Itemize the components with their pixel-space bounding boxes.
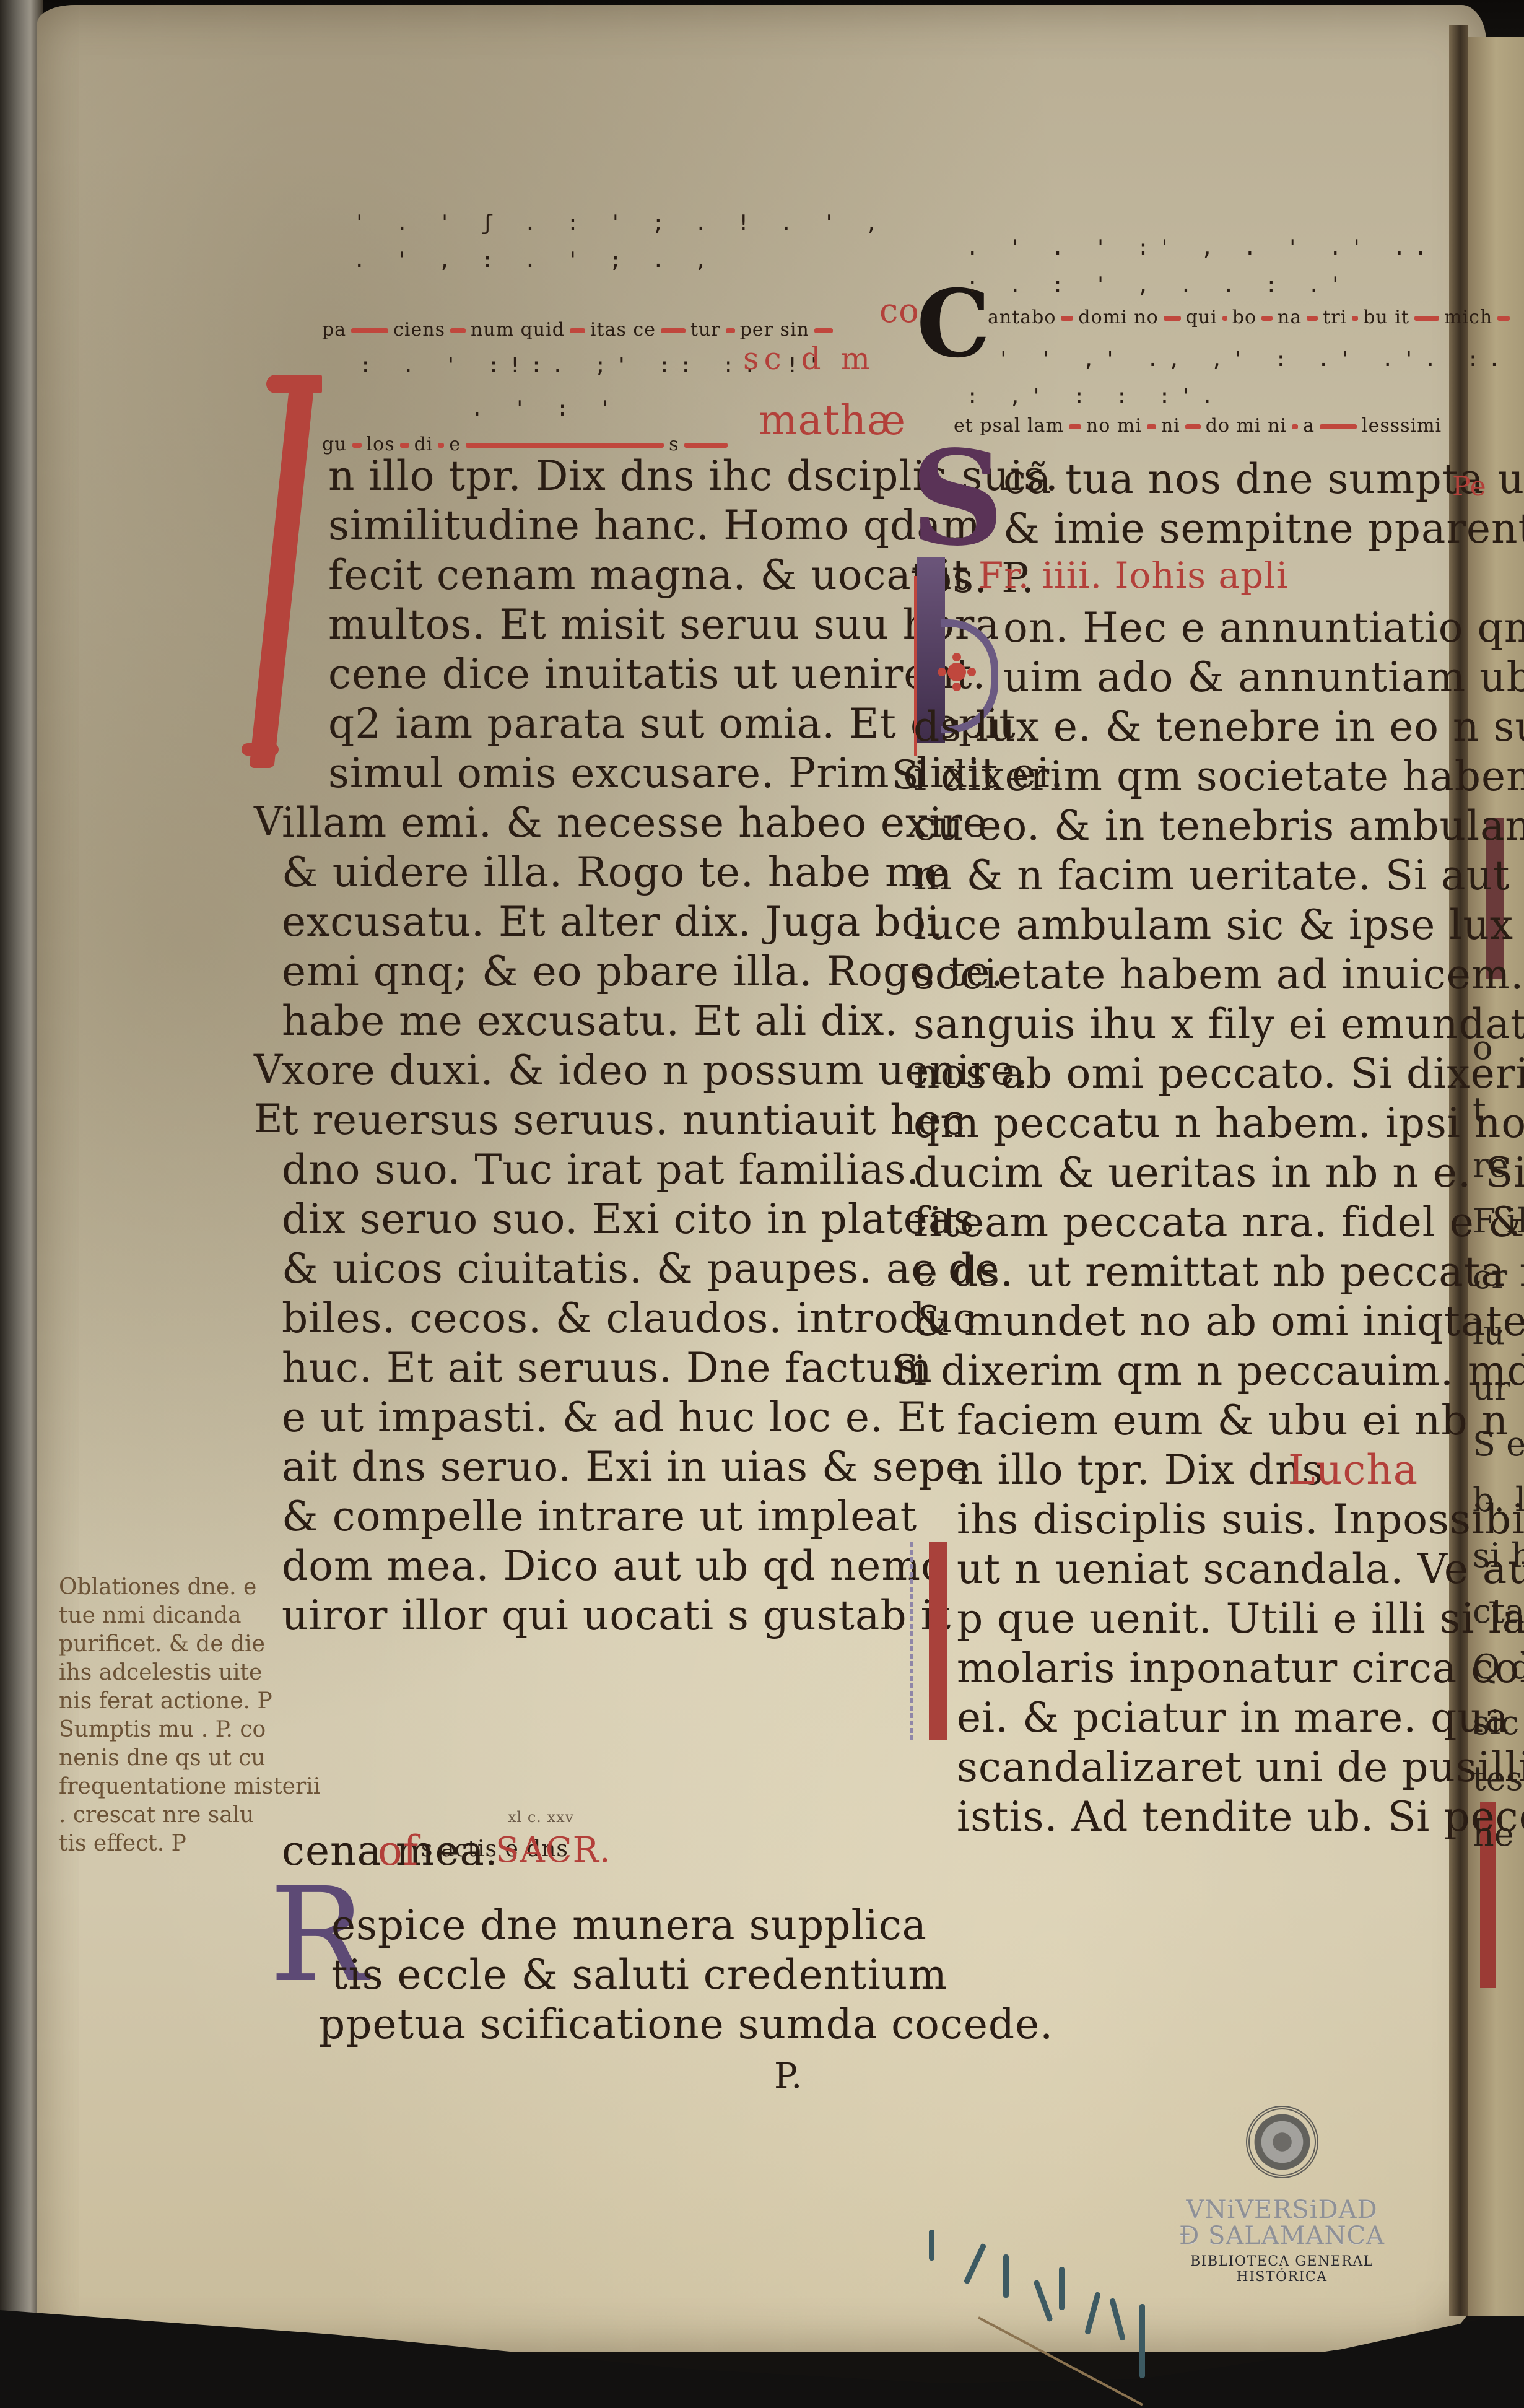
- neume-row: . ' , : . ' ; . ,: [353, 248, 716, 273]
- text-line: cu eo. & in tenebris ambulam. mti: [913, 802, 1524, 850]
- margin-line: ihs adcelestis uite: [59, 1659, 319, 1687]
- text-line: ihs disciplis suis. Inpossibile est: [957, 1496, 1524, 1543]
- text-line: i dixerim qm societate habemus: [913, 752, 1524, 800]
- text-line: sanguis ihu x fily ei emundat: [913, 1000, 1524, 1048]
- stitch: [1059, 2267, 1065, 2310]
- text-line: ut n ueniat scandala. Ve aut illi: [957, 1545, 1524, 1593]
- offertory-rubric: of: [378, 1827, 419, 1875]
- communion-rubric: co: [879, 291, 920, 330]
- stitch: [1139, 2304, 1145, 2378]
- text-line: dom mea. Dico aut ub qd nemo: [282, 1542, 946, 1590]
- stitch: [929, 2230, 934, 2261]
- text-line: illam emi. & necesse habeo exire: [282, 799, 988, 847]
- text-line: huc. Et ait seruus. Dne factum: [282, 1344, 933, 1392]
- neume-row: . ' : ': [471, 396, 620, 421]
- rubric-mathae: mathæ: [759, 396, 906, 444]
- margin-line: purificet. & de die: [59, 1630, 319, 1659]
- text-line: fecit cenam magna. & uocauit: [328, 551, 969, 599]
- text-line: dix seruo suo. Exi cito in plateas: [282, 1195, 975, 1243]
- text-line: ds lux e. & tenebre in eo n sunt ulle.: [913, 703, 1524, 751]
- versal-letter: V: [254, 1047, 282, 1093]
- text-line: & mundet no ab omi iniqtate.: [913, 1298, 1524, 1345]
- text-line: uim ado & annuntiam ub. qm: [1003, 653, 1524, 701]
- margin-line: tis effect. P: [59, 1830, 319, 1858]
- text-line: tis eccle & saluti credentium: [331, 1951, 947, 1999]
- initial-s-violet: S: [910, 434, 1004, 564]
- margin-line: . crescat nre salu: [59, 1801, 319, 1830]
- text-line: t reuersus seruus. nuntiauit hec: [282, 1096, 965, 1144]
- margin-line: Sumptis mu . P. co: [59, 1716, 319, 1744]
- initial-i-penwork: [910, 1542, 919, 1740]
- text-line: ei. & pciatur in mare. qua ut: [957, 1694, 1524, 1742]
- text-line: cã tua nos dne sumpta uiuificet.: [1003, 455, 1524, 503]
- text-line: molaris inponatur circa collu: [957, 1644, 1524, 1692]
- margin-line: tue nmi dicanda: [59, 1602, 319, 1630]
- neume-row: ' ' ,' ., ,' : .' .'. :.: [997, 347, 1509, 372]
- chant-syllables-right-2: et psal lamno minido mi nialesssimi: [954, 415, 1442, 437]
- marginal-note: Oblationes dne. e tue nmi dicanda purifi…: [59, 1573, 319, 1858]
- text-line: fiteam peccata nra. fidel e & iust: [913, 1198, 1524, 1246]
- initial-k-red-dots: [947, 663, 966, 681]
- text-line: biles. cecos. & claudos. introduc: [282, 1294, 977, 1342]
- gospel-rubric: Lucha: [1288, 1446, 1418, 1494]
- rubric-sc-d-m: sc d m: [743, 341, 875, 377]
- text-line: multos. Et misit seruu suu hora: [328, 601, 1000, 648]
- text-line: societate habem ad inuicem. &: [913, 951, 1524, 998]
- text-line: e ut impasti. & ad huc loc e. Et: [282, 1394, 945, 1441]
- chant-syllables-right: antabodomi noquibonatribu itmich: [988, 307, 1515, 328]
- library-watermark: VNiVERSiDAD Ð SALAMANCA BIBLIOTECA GENER…: [1164, 2106, 1400, 2285]
- watermark-line-3: BIBLIOTECA GENERAL HISTÓRICA: [1164, 2254, 1400, 2285]
- text-line: similitudine hanc. Homo qdam: [328, 502, 981, 549]
- margin-line: nis ferat actione. P: [59, 1687, 319, 1716]
- neume-row: ' . ' ʃ . : ' ; . ! . ' ,: [353, 211, 887, 235]
- text-line: cene dice inuitatis ut uenirent.: [328, 650, 986, 698]
- feast-rubric: Fr. iiii. Iohis apli: [978, 554, 1288, 596]
- text-line: istis. Ad tendite ub. Si peccauit: [957, 1793, 1524, 1841]
- text-line: dno suo. Tuc irat pat familias.: [282, 1146, 920, 1193]
- initial-i-red-foot: [242, 743, 279, 756]
- versal-letter: V: [254, 799, 282, 845]
- text-line: qm peccatu n habem. ipsi nos se: [913, 1099, 1524, 1147]
- neume-row: : . : ' , . . : .': [966, 273, 1350, 297]
- stitch: [1003, 2254, 1009, 2298]
- text-line: uiror illor qui uocati s gustab it: [282, 1592, 951, 1639]
- text-line: & imie sempitne pparent expia: [1003, 505, 1524, 552]
- text-line: faciem eum & ubu ei nb n e.: [957, 1397, 1524, 1444]
- initial-i-red-top: [266, 375, 322, 393]
- initial-i-red-gospel: [929, 1542, 947, 1740]
- chant-syllables-left: paciensnum quiditas ceturper sin: [322, 319, 838, 341]
- text-line: emi qnq; & eo pbare illa. Rogo te.: [282, 948, 1004, 995]
- text-line: on. Hec e annuntiatio qm audi: [1003, 604, 1524, 652]
- text-line: espice dne munera supplica: [331, 1901, 927, 1949]
- text-line: excusatu. Et alter dix. Juga boi: [282, 898, 940, 946]
- closing-mark: P.: [774, 2056, 803, 2096]
- neume-row: . ' . ' :' , . ' .' ..: [966, 235, 1435, 260]
- text-line: ait dns seruo. Exi in uias & sepe: [282, 1443, 970, 1491]
- text-line: ducim & ueritas in nb n e. Si co: [913, 1149, 1524, 1197]
- text-line: & uidere illa. Rogo te. habe me: [282, 848, 949, 896]
- text-line: n illo tpr. Dix dns: [957, 1446, 1323, 1494]
- secret-note: xl c. xxv: [508, 1808, 574, 1826]
- text-line: luce ambulam sic & ipse lux e.: [913, 901, 1524, 949]
- neume-row: : ,' : : :'.: [966, 384, 1222, 409]
- watermark-line-2: Ð SALAMANCA: [1164, 2223, 1400, 2249]
- university-seal-icon: [1246, 2106, 1318, 2178]
- text-line: & uicos ciuitatis. & paupes. ac de: [282, 1245, 999, 1293]
- margin-line: Oblationes dne. e: [59, 1573, 319, 1602]
- versal-letter: E: [254, 1096, 283, 1142]
- text-line: nos ab omi peccato. Si dixerim: [913, 1050, 1524, 1097]
- text-line: e ds. ut remittat nb peccata nra.: [913, 1248, 1524, 1296]
- watermark-line-1: VNiVERSiDAD: [1164, 2197, 1400, 2223]
- text-line: habe me excusatu. Et ali dix.: [282, 997, 899, 1045]
- text-line: p que uenit. Utili e illi si lapis: [957, 1595, 1524, 1642]
- text-line: & compelle intrare ut impleat: [282, 1493, 917, 1540]
- secret-rubric: SACR.: [495, 1830, 611, 1870]
- margin-line: nenis dne qs ut cu: [59, 1744, 319, 1773]
- text-line: ppetua scificatione sumda cocede.: [319, 2000, 1053, 2048]
- margin-line: frequentatione misterii: [59, 1773, 319, 1801]
- text-line: scandalizaret uni de pusillis: [957, 1743, 1524, 1791]
- text-line: m & n facim ueritate. Si aut in: [913, 852, 1524, 899]
- margin-rubric: Pe: [1452, 471, 1487, 502]
- text-line: i dixerim qm n peccauim. mdace: [913, 1347, 1524, 1395]
